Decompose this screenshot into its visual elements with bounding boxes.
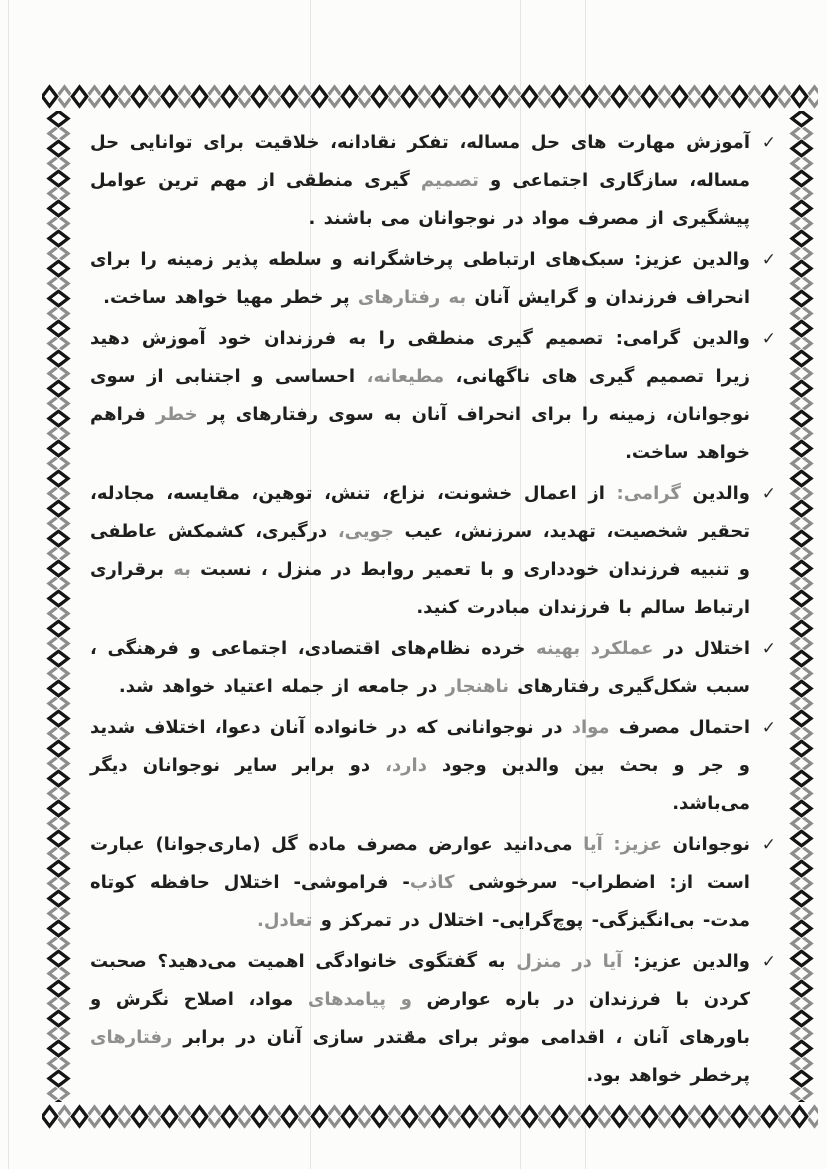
checkmark-icon: ✓ xyxy=(762,630,776,668)
checkmark-icon: ✓ xyxy=(762,320,776,358)
scan-fold-line xyxy=(8,0,9,1169)
paragraph-text: آموزش مهارت های حل مساله، تفکر نقادانه، … xyxy=(90,132,750,229)
paragraph-text: احتمال مصرف مواد در نوجوانانی که در خانو… xyxy=(90,717,750,814)
checklist-item: ✓والدین گرامی: از اعمال خشونت، نزاع، تنش… xyxy=(90,475,750,627)
checklist-item: ✓آموزش مهارت های حل مساله، تفکر نقادانه،… xyxy=(90,124,750,238)
page-number: 4 xyxy=(405,1028,415,1046)
paragraph-text: اختلال در عملکرد بهینه خرده نظام‌های اقت… xyxy=(90,638,750,697)
ornamental-border-top xyxy=(42,80,818,113)
checkmark-icon: ✓ xyxy=(762,709,776,747)
paragraph-text: نوجوانان عزیز: آیا می‌دانید عوارض مصرف م… xyxy=(90,834,750,931)
checklist-item: ✓نوجوانان عزیز: آیا می‌دانید عوارض مصرف … xyxy=(90,826,750,940)
checkmark-icon: ✓ xyxy=(762,475,776,513)
document-body: ✓آموزش مهارت های حل مساله، تفکر نقادانه،… xyxy=(90,124,750,1098)
checkmark-icon: ✓ xyxy=(762,124,776,162)
paragraph-text: والدین عزیز: آیا در منزل به گفتگوی خانوا… xyxy=(90,951,750,1086)
checklist: ✓آموزش مهارت های حل مساله، تفکر نقادانه،… xyxy=(90,124,750,1095)
checklist-item: ✓اختلال در عملکرد بهینه خرده نظام‌های اق… xyxy=(90,630,750,706)
paragraph-text: والدین عزیز: سبک‌های ارتباطی پرخاشگرانه … xyxy=(90,249,750,308)
checklist-item: ✓احتمال مصرف مواد در نوجوانانی که در خان… xyxy=(90,709,750,823)
checkmark-icon: ✓ xyxy=(762,826,776,864)
ornamental-border-bottom xyxy=(42,1100,818,1133)
checkmark-icon: ✓ xyxy=(762,241,776,279)
ornamental-border-right xyxy=(785,111,818,1102)
checklist-item: ✓والدین عزیز: سبک‌های ارتباطی پرخاشگرانه… xyxy=(90,241,750,317)
checkmark-icon: ✓ xyxy=(762,943,776,981)
paragraph-text: والدین گرامی: از اعمال خشونت، نزاع، تنش،… xyxy=(90,483,750,618)
checklist-item: ✓والدین گرامی: تصمیم گیری منطقی را به فر… xyxy=(90,320,750,472)
checklist-item: ✓والدین عزیز: آیا در منزل به گفتگوی خانو… xyxy=(90,943,750,1095)
ornamental-border-left xyxy=(42,111,75,1102)
paragraph-text: والدین گرامی: تصمیم گیری منطقی را به فرز… xyxy=(90,328,750,463)
